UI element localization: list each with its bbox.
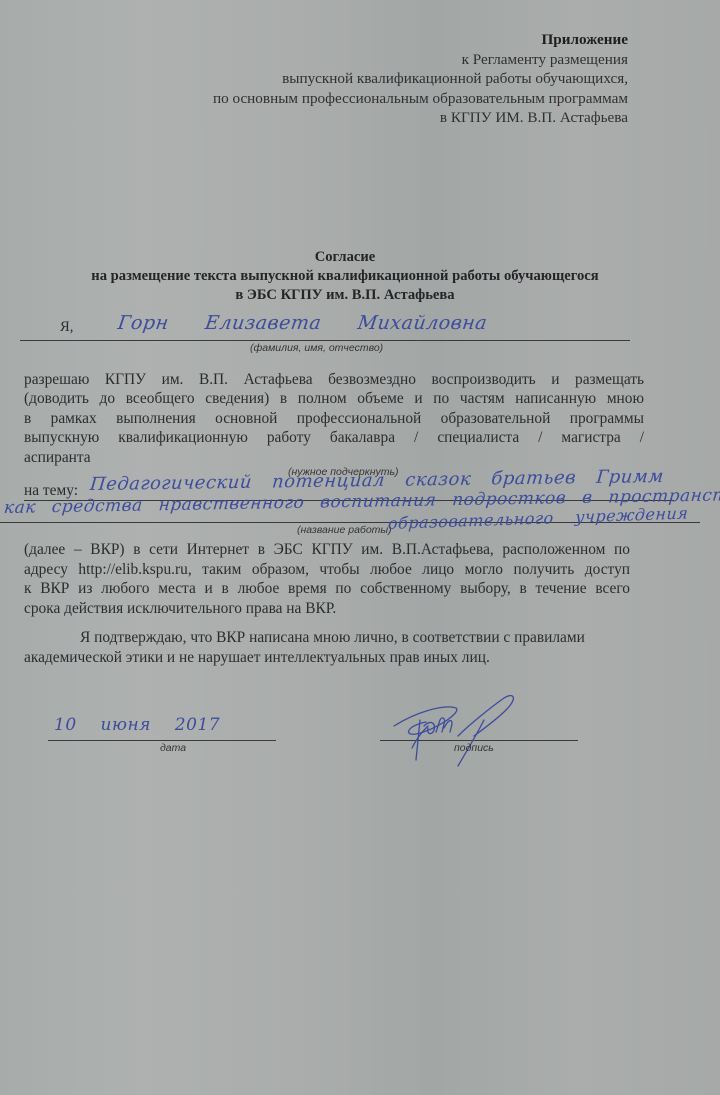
paragraph-line: в рамках выполнения основной профессиона… — [24, 409, 644, 428]
appendix-title: Приложение — [213, 30, 628, 50]
signature-icon — [386, 690, 526, 770]
consent-document-page: Приложение к Регламенту размещения выпус… — [0, 0, 720, 1095]
date-field: 10 июня 2017 — [48, 720, 276, 741]
permission-paragraph: разрешаю КГПУ им. В.П. Астафьева безвозм… — [24, 370, 644, 467]
paragraph-line: к ВКР из любого места и в любое время по… — [24, 579, 630, 599]
appendix-line: выпускной квалификационной работы обучаю… — [213, 69, 628, 89]
appendix-header: Приложение к Регламенту размещения выпус… — [213, 30, 628, 128]
paragraph-line: (далее – ВКР) в сети Интернет в ЭБС КГПУ… — [24, 540, 630, 560]
date-caption: дата — [160, 742, 186, 754]
appendix-line: по основным профессиональным образовател… — [213, 89, 628, 109]
paragraph-line: адресу http://elib.kspu.ru, таким образо… — [24, 560, 630, 580]
paragraph-line: академической этики и не нарушает интелл… — [24, 648, 634, 668]
name-caption: (фамилия, имя, отчество) — [250, 342, 383, 354]
name-prefix: Я, — [60, 319, 73, 336]
paragraph-line: выпускную квалификационную работу бакала… — [24, 428, 644, 447]
handwritten-name: Горн Елизавета Михайловна — [116, 312, 488, 334]
confirmation-paragraph: Я подтверждаю, что ВКР написана мною лич… — [24, 628, 634, 668]
paragraph-line: (доводить до всеобщего сведения) в полно… — [24, 389, 644, 408]
paragraph-line: срока действия исключительного права на … — [24, 599, 630, 619]
work-title-caption: (название работы) — [297, 524, 392, 536]
name-field: Я, Горн Елизавета Михайловна — [20, 314, 630, 341]
appendix-line: к Регламенту размещения — [213, 50, 628, 70]
consent-subtitle-line: в ЭБС КГПУ им. В.П. Астафьева — [0, 286, 690, 305]
signature-caption: подпись — [454, 742, 494, 754]
paragraph-line: аспиранта — [24, 448, 644, 467]
appendix-line: в КГПУ ИМ. В.П. Астафьева — [213, 108, 628, 128]
paragraph-line: Я подтверждаю, что ВКР написана мною лич… — [24, 628, 634, 648]
publication-paragraph: (далее – ВКР) в сети Интернет в ЭБС КГПУ… — [24, 540, 630, 618]
paragraph-line: разрешаю КГПУ им. В.П. Астафьева безвозм… — [24, 370, 644, 389]
consent-subtitle-line: на размещение текста выпускной квалифика… — [0, 267, 690, 286]
handwritten-date: 10 июня 2017 — [54, 715, 220, 735]
consent-heading: Согласие на размещение текста выпускной … — [0, 248, 690, 305]
consent-title: Согласие — [0, 248, 690, 267]
